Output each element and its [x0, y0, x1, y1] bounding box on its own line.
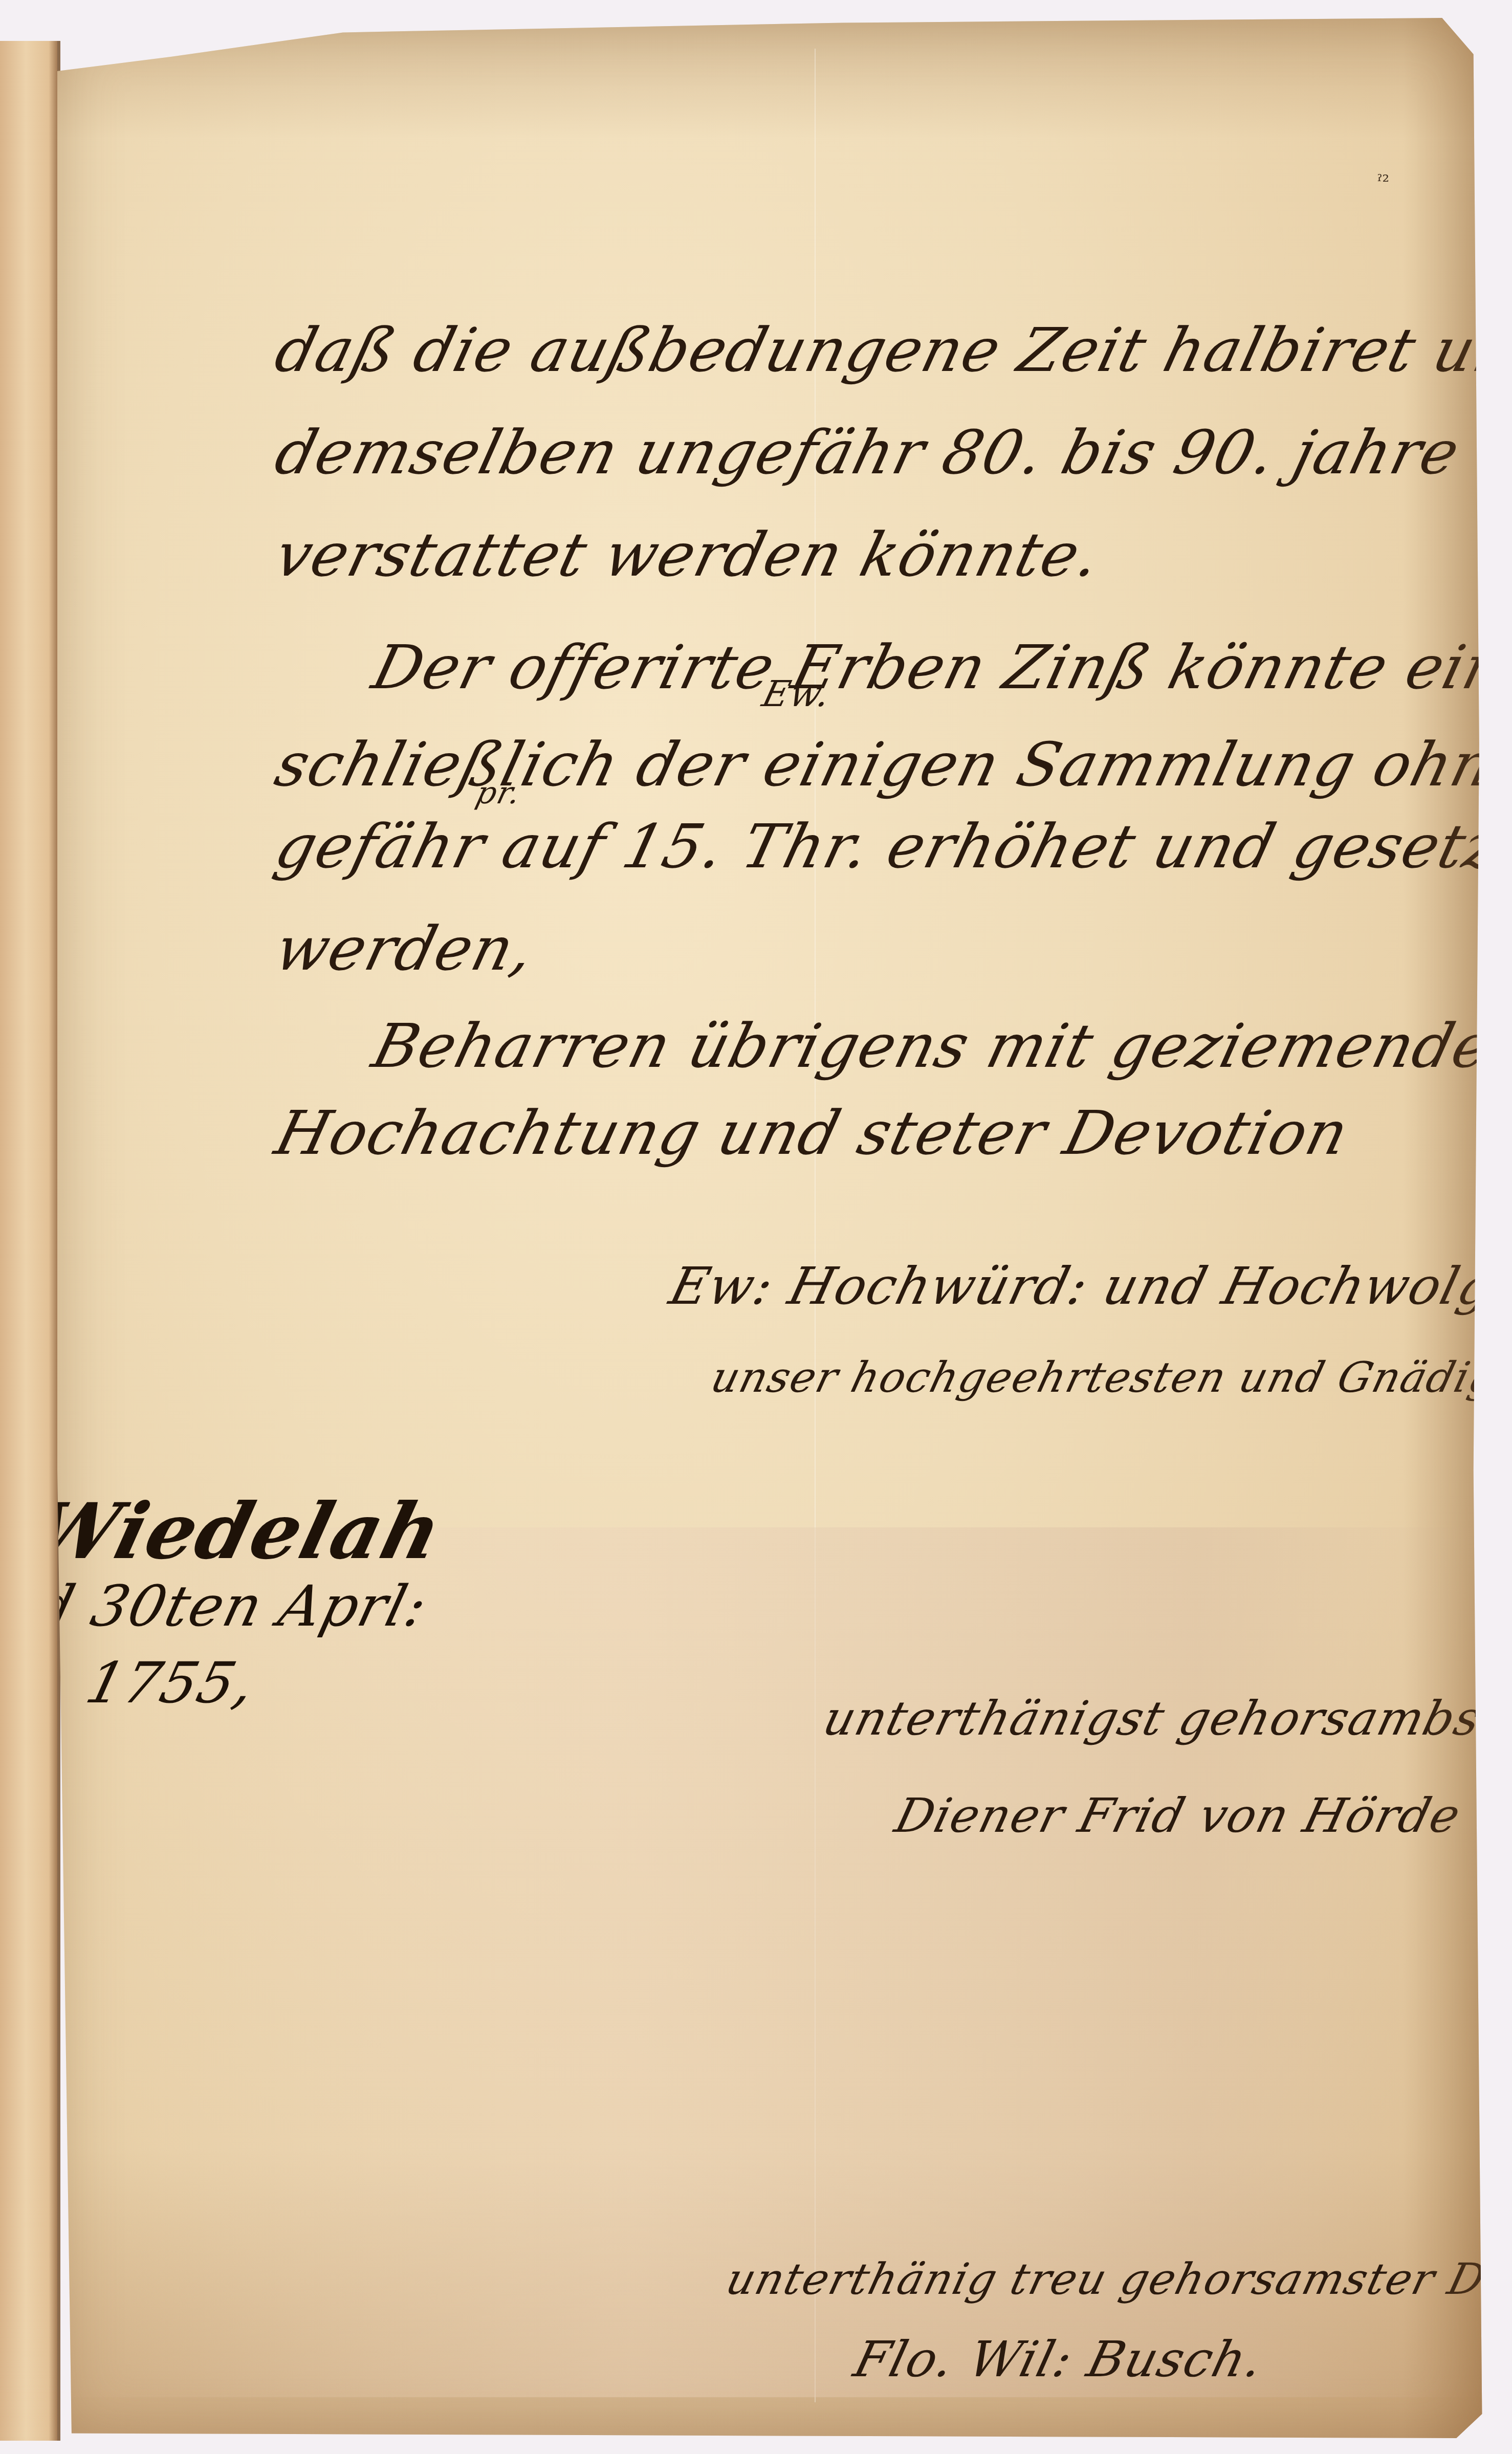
body-line-1: daß die außbedungene Zeit halbiret und: [270, 320, 1512, 380]
body-line-7: werden,: [270, 918, 541, 979]
date-line: d 30ten Aprl:: [29, 1573, 434, 1639]
salutation-line-2: unser hochgeehrtesten und Gnädigen Herre…: [706, 1353, 1512, 1402]
previous-leaf-edge: [0, 41, 60, 2441]
body-line-4: Der offerirte Erben Zinß könnte ein=: [367, 637, 1512, 697]
corner-mark: ˀ²: [1377, 171, 1389, 192]
signature-1-name: Diener Frid von Hörde: [890, 1788, 1466, 1843]
manuscript-page: ˀ² daß die außbedungene Zeit halbiret un…: [57, 18, 1485, 2438]
signature-2-closing: unterthänig treu gehorsamster Diener: [721, 2254, 1512, 2304]
body-line-9: Hochachtung und steter Devotion: [270, 1103, 1355, 1163]
salutation-line-1: Ew: Hochwürd: und Hochwolgeb:: [664, 1256, 1512, 1316]
signature-1-closing: unterthänigst gehorsambster: [818, 1691, 1512, 1746]
body-line-5: schließlich der einigen Sammlung ohn=: [270, 734, 1512, 795]
body-line-6: gefähr auf 15. Thr. erhöhet und gesetzet: [270, 816, 1512, 877]
body-line-8: Beharren übrigens mit geziemender: [367, 1016, 1512, 1076]
body-line-2: demselben ungefähr 80. bis 90. jahre: [270, 422, 1466, 483]
body-line-3: verstattet werden könnte.: [270, 524, 1107, 585]
insertion-pr: pr.: [472, 775, 525, 811]
date-year: 1755,: [80, 1650, 262, 1716]
place-name: Wiedelah: [20, 1486, 451, 1576]
signature-2-name: Flo. Wil: Busch.: [848, 2331, 1269, 2388]
insertion-ew: Ew.: [758, 673, 836, 715]
